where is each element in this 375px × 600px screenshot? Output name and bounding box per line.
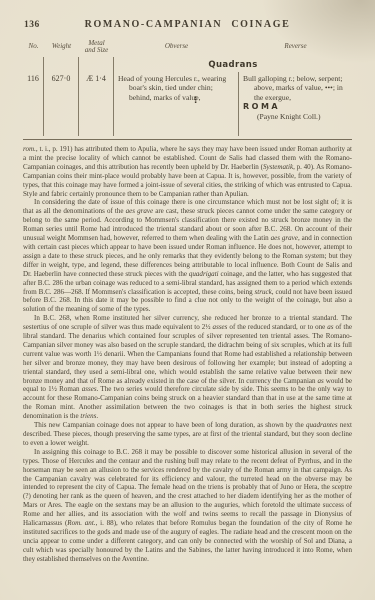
coin-catalogue-table: No. Weight Metal and Size Obverse Revers… bbox=[23, 37, 352, 140]
paragraph: This new Campanian coinage does not appe… bbox=[23, 421, 352, 448]
paragraph-continuation: rom., t. i., p. 191) has attributed them… bbox=[23, 145, 352, 198]
column-header-reverse: Reverse bbox=[239, 37, 352, 57]
rule-cell bbox=[23, 57, 44, 72]
entry-number: 116 bbox=[23, 72, 44, 136]
paragraph: In considering the date of issue of this… bbox=[23, 198, 352, 314]
page-body-text: rom., t. i., p. 191) has attributed them… bbox=[23, 145, 352, 564]
paragraph: In B.C. 268, when Rome instituted her si… bbox=[23, 314, 352, 421]
column-header-metal-line2: and Size bbox=[85, 47, 109, 55]
rule-cell bbox=[44, 57, 79, 72]
reverse-description: Bull galloping r.; below, serpent; above… bbox=[243, 74, 349, 102]
obverse-text: Head of young Hercules r., wearing boar'… bbox=[118, 74, 226, 102]
column-header-metal-size: Metal and Size bbox=[79, 37, 114, 57]
entry-reverse: Bull galloping r.; below, serpent; above… bbox=[239, 72, 352, 136]
column-header-no: No. bbox=[23, 37, 44, 57]
coin-legend-roma: ROMA bbox=[243, 102, 349, 111]
entry-metal-size: Æ 1·4 bbox=[79, 72, 114, 136]
column-header-weight: Weight bbox=[44, 37, 79, 57]
page-header: 136 ROMANO-CAMPANIAN COINAGE bbox=[0, 0, 375, 30]
entry-obverse: Head of young Hercules r., wearing boar'… bbox=[114, 72, 239, 136]
denomination-heading: Quadrans bbox=[114, 57, 352, 72]
column-header-obverse: Obverse bbox=[114, 37, 239, 57]
page-number: 136 bbox=[24, 20, 64, 30]
obverse-description: Head of young Hercules r., wearing boar'… bbox=[118, 74, 235, 103]
rule-cell bbox=[79, 57, 114, 72]
book-page: 136 ROMANO-CAMPANIAN COINAGE No. Weight … bbox=[0, 0, 375, 600]
entry-weight: 627·0 bbox=[44, 72, 79, 136]
paragraph: In assigning this coinage to B.C. 268 it… bbox=[23, 448, 352, 564]
running-title: ROMANO-CAMPANIAN COINAGE bbox=[64, 19, 311, 30]
collection-note: (Payne Knight Coll.) bbox=[243, 112, 349, 121]
